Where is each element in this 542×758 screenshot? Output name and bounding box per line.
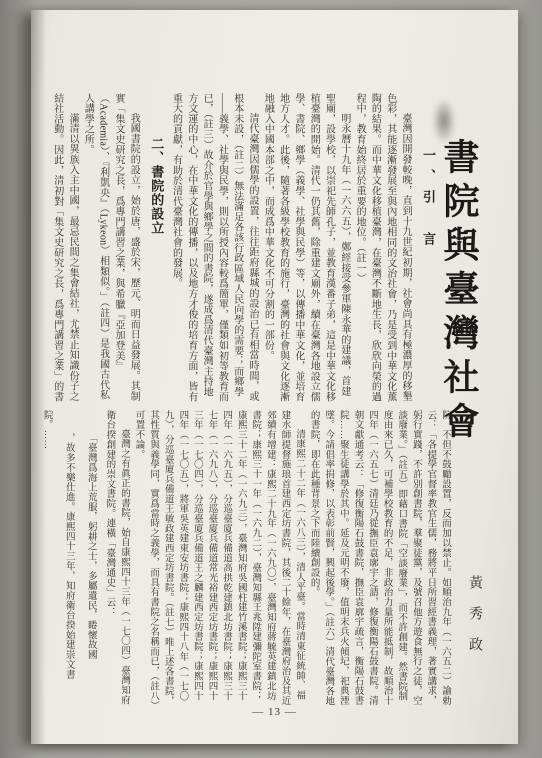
section-heading-establishment: 二、書院的設立 (146, 93, 166, 402)
establishment-paragraph-2-upper: 滿清以異族入主中國，最忌民間之集會結社，尤禁止知識份子之結社活動。因此，清初對「… (49, 93, 80, 402)
page-number: — 13 — (31, 706, 518, 718)
lower-text-block: 院，不但不鼓勵設置，反而加以禁止。如順治九年（一六五二）諭勅云：「各提學官督率教… (36, 410, 452, 706)
blockquote-line-1: 「臺灣爲海上荒服，躬耕之士，多屬遺民，睠懷故國 (80, 410, 102, 706)
intro-paragraph-1: 臺灣因開發較晚，直到十九世紀初期，社會尚具有極濃厚的移墾色彩，其能逐漸發展至與內… (352, 93, 413, 402)
establishment-paragraph-4: 臺灣之有眞正的書院，始自康熙四十三年（一七〇四）臺灣知府衛台揆創建的崇文書院。連… (102, 410, 131, 706)
intro-paragraph-2: 明永曆十九年（一六六五），鄭經接受參軍陳永華的建議，首建聖廟，設學校，以崇祀先師… (260, 93, 352, 402)
establishment-paragraph-1: 我國書院的設立，始於唐，盛於宋，歷元、明而日益發展。其制實「集文史研究之長，爲專… (80, 93, 141, 402)
blockquote-line-2: ，故多不樂仕進。康熙四十三年，知府衛台揆始建崇文書院。…… (36, 410, 80, 706)
section-heading-introduction: 一、引 言 (418, 93, 438, 402)
intro-paragraph-3: 清代臺灣因儒學的設置，往往距府縣城的設治已有相當時間，或根本未設，（註二）無法滿… (168, 93, 260, 402)
author-name: 黃秀政 (464, 575, 484, 668)
establishment-paragraph-3: 清康熙二十二年（一六八三），清人平臺。當時清東征統帥、福建水師提督施琅首建西定坊… (131, 410, 306, 706)
establishment-paragraph-2-continuation: 院，不但不鼓勵設置，反而加以禁止。如順治九年（一六五二）諭勅云：「各提學官督率教… (306, 410, 452, 706)
upper-text-block: 一、引 言 臺灣因開發較晚，直到十九世紀初期，社會尚具有極濃厚的移墾色彩，其能逐… (49, 93, 440, 402)
article-title: 書院與臺灣社會 (434, 138, 485, 446)
scanned-page: 書院與臺灣社會 黃秀政 一、引 言 臺灣因開發較晚，直到十九世紀初期，社會尚具有… (31, 10, 518, 744)
